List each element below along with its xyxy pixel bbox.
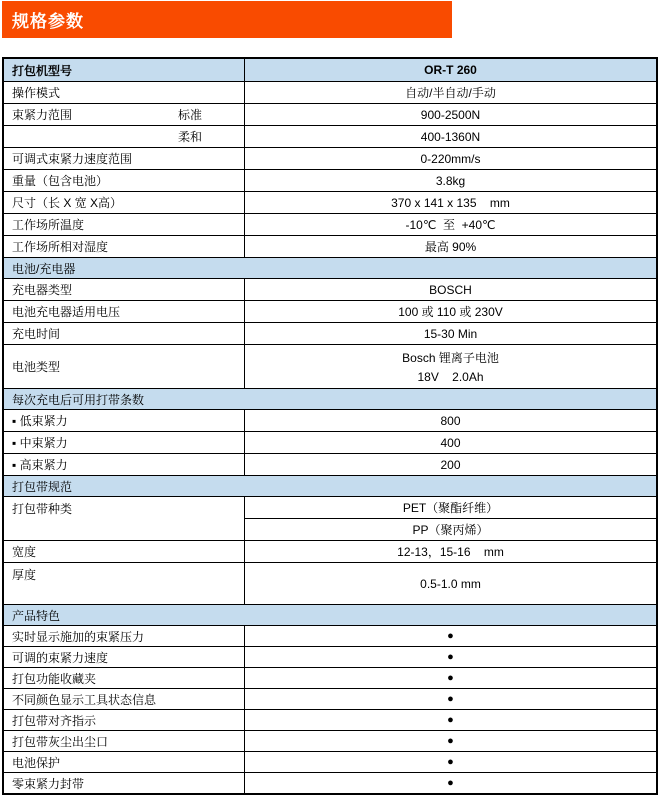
spec-label-text: 打包带对齐指示 <box>12 712 96 729</box>
spec-label-text: 打包带灰尘出尘口 <box>12 733 108 750</box>
spec-label: 电池类型 <box>4 345 245 388</box>
spec-label-text: ▪ 低束紧力 <box>12 412 68 429</box>
spec-label-text: 零束紧力封带 <box>12 775 84 792</box>
spec-value-line: 18V 2.0Ah <box>417 370 483 384</box>
spec-value: 370 x 141 x 135 mm <box>245 192 656 213</box>
spec-row: 电池保护● <box>4 751 656 772</box>
spec-label-text: 电池充电器适用电压 <box>12 303 120 320</box>
feature-dot: ● <box>245 689 656 709</box>
spec-row: 可调的束紧力速度● <box>4 646 656 667</box>
spec-label: 操作模式 <box>4 82 245 103</box>
spec-label: 宽度 <box>4 541 245 562</box>
spec-row: 充电器类型BOSCH <box>4 278 656 300</box>
spec-label: 尺寸（长 X 宽 X高） <box>4 192 245 213</box>
spec-label: 可调的束紧力速度 <box>4 647 245 667</box>
spec-value: 自动/半自动/手动 <box>245 82 656 103</box>
spec-row: ▪ 低束紧力800 <box>4 409 656 431</box>
section-header: 产品特色 <box>4 604 656 625</box>
section-header: 每次充电后可用打带条数 <box>4 388 656 409</box>
spec-row: 实时显示施加的束紧压力● <box>4 625 656 646</box>
feature-dot: ● <box>245 647 656 667</box>
spec-row: 电池充电器适用电压100 或 110 或 230V <box>4 300 656 322</box>
spec-value-line: PET（聚酯纤维） <box>245 497 656 518</box>
spec-label-text: 厚度 <box>12 566 36 583</box>
spec-label: 充电时间 <box>4 323 245 344</box>
spec-label: 打包带灰尘出尘口 <box>4 731 245 751</box>
spec-row: 可调式束紧力速度范围0-220mm/s <box>4 147 656 169</box>
spec-value: BOSCH <box>245 279 656 300</box>
spec-label: 实时显示施加的束紧压力 <box>4 626 245 646</box>
spec-row: 宽度12-13，15-16 mm <box>4 540 656 562</box>
page-title: 规格参数 <box>12 7 84 32</box>
spec-value: 最高 90% <box>245 236 656 257</box>
spec-label: 打包机型号 <box>4 59 245 81</box>
spec-label-text: 重量（包含电池） <box>12 172 108 189</box>
section-header: 电池/充电器 <box>4 257 656 278</box>
feature-dot: ● <box>245 668 656 688</box>
spec-sublabel: 柔和 <box>178 128 244 145</box>
spec-label-text: 充电时间 <box>12 325 60 342</box>
spec-value: 400 <box>245 432 656 453</box>
spec-label: 厚度 <box>4 563 245 604</box>
spec-row: 重量（包含电池）3.8kg <box>4 169 656 191</box>
spec-row: 电池类型Bosch 锂离子电池18V 2.0Ah <box>4 344 656 388</box>
spec-label-text: 束紧力范围 <box>12 106 72 123</box>
spec-value: 0.5-1.0 mm <box>245 563 656 604</box>
spec-label-text: 操作模式 <box>12 84 60 101</box>
section-header-label: 每次充电后可用打带条数 <box>12 391 144 408</box>
feature-dot: ● <box>245 626 656 646</box>
spec-label: 零束紧力封带 <box>4 773 245 793</box>
spec-value: 800 <box>245 410 656 431</box>
page-header-banner: 规格参数 <box>2 1 452 38</box>
spec-label: 电池保护 <box>4 752 245 772</box>
spec-sublabel: 标准 <box>178 106 244 123</box>
spec-label: ▪ 低束紧力 <box>4 410 245 431</box>
spec-value: 15-30 Min <box>245 323 656 344</box>
spec-label-text: 充电器类型 <box>12 281 72 298</box>
spec-row: 打包带对齐指示● <box>4 709 656 730</box>
spec-label-text: ▪ 高束紧力 <box>12 456 68 473</box>
spec-label: 工作场所相对湿度 <box>4 236 245 257</box>
spec-row: 尺寸（长 X 宽 X高）370 x 141 x 135 mm <box>4 191 656 213</box>
spec-value: PET（聚酯纤维）PP（聚丙烯） <box>245 497 656 540</box>
spec-label: ▪ 中束紧力 <box>4 432 245 453</box>
spec-row: 充电时间15-30 Min <box>4 322 656 344</box>
feature-dot: ● <box>245 773 656 793</box>
spec-label: 打包带对齐指示 <box>4 710 245 730</box>
spec-value: 200 <box>245 454 656 475</box>
spec-label: 电池充电器适用电压 <box>4 301 245 322</box>
spec-label-text: 不同颜色显示工具状态信息 <box>12 691 156 708</box>
spec-label-text: 打包机型号 <box>12 62 72 79</box>
spec-label-text: 可调式束紧力速度范围 <box>12 150 132 167</box>
spec-value: -10℃ 至 +40℃ <box>245 214 656 235</box>
section-header: 打包带规范 <box>4 475 656 496</box>
spec-row: 零束紧力封带● <box>4 772 656 793</box>
spec-label: 打包功能收藏夹 <box>4 668 245 688</box>
spec-label-text: 电池保护 <box>12 754 60 771</box>
spec-row: 不同颜色显示工具状态信息● <box>4 688 656 709</box>
spec-value: 12-13，15-16 mm <box>245 541 656 562</box>
spec-row: 操作模式自动/半自动/手动 <box>4 81 656 103</box>
spec-label: ▪ 高束紧力 <box>4 454 245 475</box>
spec-value: 3.8kg <box>245 170 656 191</box>
spec-row: 打包带种类PET（聚酯纤维）PP（聚丙烯） <box>4 496 656 540</box>
spec-value: 0-220mm/s <box>245 148 656 169</box>
spec-row: 工作场所相对湿度最高 90% <box>4 235 656 257</box>
spec-row: 打包机型号OR-T 260 <box>4 59 656 81</box>
spec-label: 工作场所温度 <box>4 214 245 235</box>
section-header-label: 电池/充电器 <box>12 260 75 277</box>
spec-label: 柔和 <box>4 126 245 147</box>
spec-row: 打包带灰尘出尘口● <box>4 730 656 751</box>
spec-label: 可调式束紧力速度范围 <box>4 148 245 169</box>
spec-row: ▪ 中束紧力400 <box>4 431 656 453</box>
feature-dot: ● <box>245 710 656 730</box>
spec-label-text: 工作场所相对湿度 <box>12 238 108 255</box>
spec-label-text: 可调的束紧力速度 <box>12 649 108 666</box>
spec-label-text: 宽度 <box>12 543 36 560</box>
spec-label-text: 尺寸（长 X 宽 X高） <box>12 194 122 211</box>
spec-row: 打包功能收藏夹● <box>4 667 656 688</box>
spec-label-text: 工作场所温度 <box>12 216 84 233</box>
spec-value: 400-1360N <box>245 126 656 147</box>
spec-row: 柔和400-1360N <box>4 125 656 147</box>
spec-row: 束紧力范围标准900-2500N <box>4 103 656 125</box>
spec-value: 100 或 110 或 230V <box>245 301 656 322</box>
spec-value-line: PP（聚丙烯） <box>245 518 656 540</box>
section-header-label: 产品特色 <box>12 607 60 624</box>
spec-label: 充电器类型 <box>4 279 245 300</box>
spec-value: Bosch 锂离子电池18V 2.0Ah <box>245 345 656 388</box>
spec-table: 打包机型号OR-T 260操作模式自动/半自动/手动束紧力范围标准900-250… <box>2 57 658 795</box>
spec-label-text: 打包功能收藏夹 <box>12 670 96 687</box>
spec-label-text: ▪ 中束紧力 <box>12 434 68 451</box>
spec-label: 束紧力范围标准 <box>4 104 245 125</box>
spec-value: OR-T 260 <box>245 59 656 81</box>
spec-row: 厚度0.5-1.0 mm <box>4 562 656 604</box>
spec-value: 900-2500N <box>245 104 656 125</box>
spec-label: 重量（包含电池） <box>4 170 245 191</box>
spec-label-text: 实时显示施加的束紧压力 <box>12 628 144 645</box>
feature-dot: ● <box>245 752 656 772</box>
spec-label: 不同颜色显示工具状态信息 <box>4 689 245 709</box>
spec-row: ▪ 高束紧力200 <box>4 453 656 475</box>
section-header-label: 打包带规范 <box>12 478 72 495</box>
feature-dot: ● <box>245 731 656 751</box>
spec-row: 工作场所温度-10℃ 至 +40℃ <box>4 213 656 235</box>
spec-value-line: Bosch 锂离子电池 <box>402 349 499 366</box>
spec-label: 打包带种类 <box>4 497 245 540</box>
